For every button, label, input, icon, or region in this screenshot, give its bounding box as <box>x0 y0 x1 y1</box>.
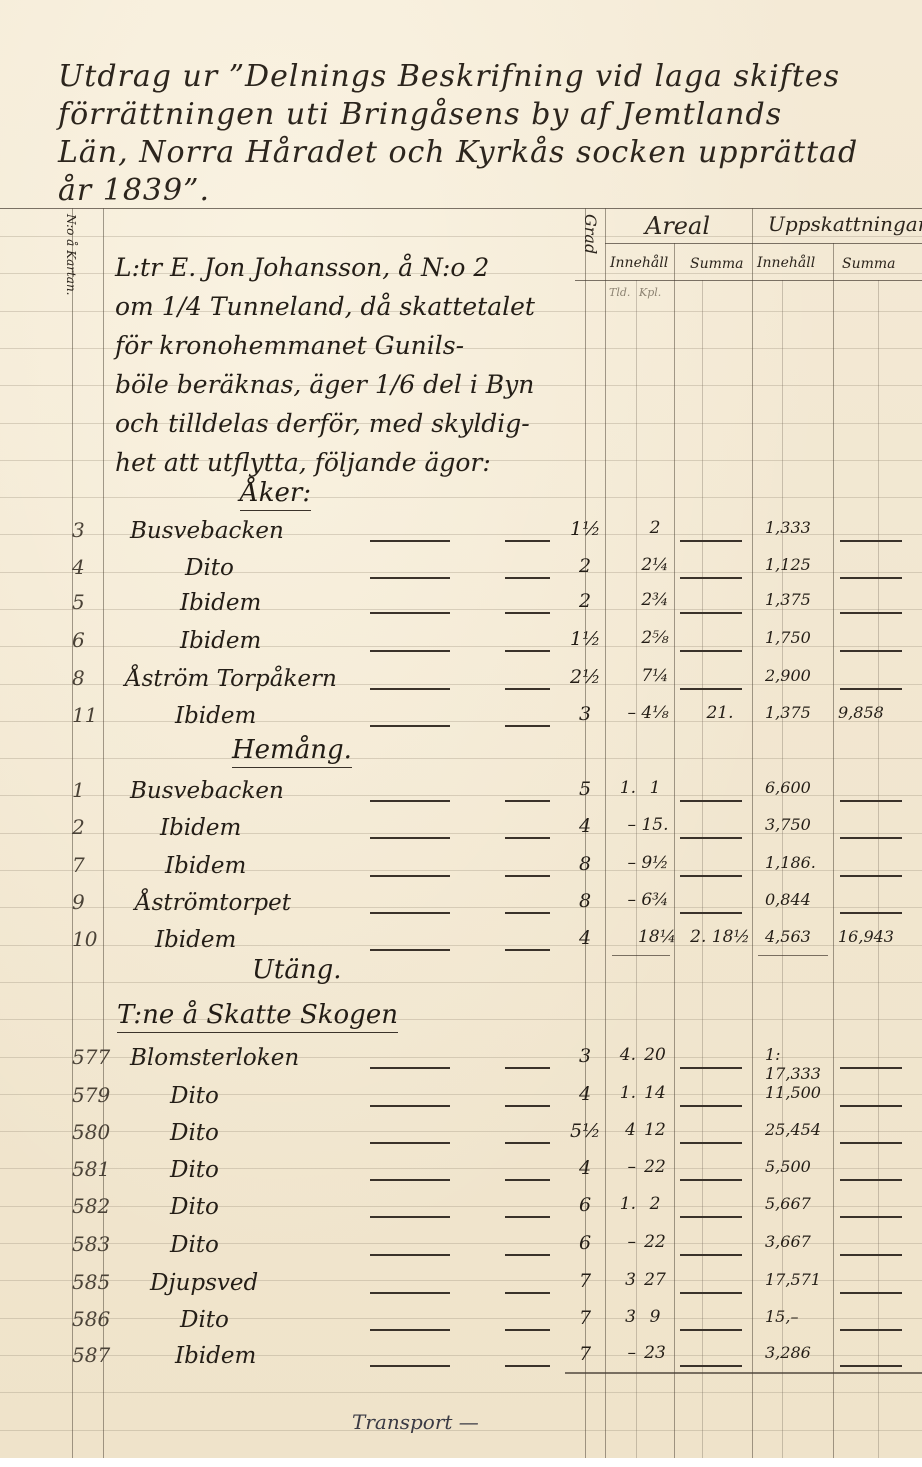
row-map-number: 586 <box>72 1307 112 1331</box>
row-grade: 4 <box>570 1083 600 1105</box>
row-areal-kappland: 2 <box>638 518 672 538</box>
row-uppskattning-innehall: 3,750 <box>765 815 835 834</box>
transport-footer: Transport — <box>352 1410 479 1434</box>
row-parcel-name: Ibidem <box>180 590 261 616</box>
filler-dash <box>370 875 450 877</box>
row-uppskattning-innehall: 1: 17,333 <box>765 1045 835 1083</box>
header-td: Tld. <box>609 286 630 299</box>
row-parcel-name: Djupsved <box>150 1270 258 1296</box>
filler-dash <box>370 949 450 951</box>
row-map-number: 8 <box>72 666 112 690</box>
empty-cell-dash <box>840 1179 902 1181</box>
subtotal-rule <box>612 955 670 956</box>
row-map-number: 579 <box>72 1083 112 1107</box>
empty-cell-dash <box>680 1142 742 1144</box>
row-parcel-name: Busvebacken <box>130 518 284 544</box>
row-parcel-name: Dito <box>170 1120 219 1146</box>
filler-dash <box>505 725 550 727</box>
row-parcel-name: Dito <box>170 1232 219 1258</box>
ruled-line <box>0 982 922 983</box>
row-parcel-name: Busvebacken <box>130 778 284 804</box>
empty-cell-dash <box>680 688 742 690</box>
filler-dash <box>370 912 450 914</box>
title-line: Utdrag ur ”Delnings Beskrifning vid laga… <box>58 58 918 96</box>
row-grade: 4 <box>570 1157 600 1179</box>
header-areal-summa: Summa <box>690 256 744 272</box>
filler-dash <box>370 1329 450 1331</box>
row-parcel-name: Dito <box>170 1083 219 1109</box>
header-map-number: N:o å Kartan. <box>64 214 78 296</box>
row-grade: 8 <box>570 890 600 912</box>
row-map-number: 587 <box>72 1343 112 1367</box>
filler-dash <box>370 1179 450 1181</box>
header-upp-innehall: Innehåll <box>757 255 815 271</box>
row-areal-tunnland: 3 <box>612 1270 636 1290</box>
ruled-line <box>0 236 922 237</box>
header-upp-summa: Summa <box>842 256 896 272</box>
table-row: 11Ibidem3–4⅛21.1,3759,858 <box>0 703 922 737</box>
empty-cell-dash <box>840 800 902 802</box>
intro-line: L:tr E. Jon Johansson, å N:o 2 <box>115 248 575 287</box>
row-uppskattning-innehall: 3,667 <box>765 1232 835 1251</box>
filler-dash <box>370 1365 450 1367</box>
row-areal-kappland: 7¼ <box>638 666 672 686</box>
table-row: 586Dito73915,– <box>0 1307 922 1341</box>
row-uppskattning-summa: 16,943 <box>838 927 922 946</box>
row-grade: 3 <box>570 1045 600 1067</box>
empty-cell-dash <box>840 837 902 839</box>
row-uppskattning-innehall: 25,454 <box>765 1120 835 1139</box>
empty-cell-dash <box>680 540 742 542</box>
row-areal-tunnland: 4 <box>612 1120 636 1140</box>
filler-dash <box>505 540 550 542</box>
empty-cell-dash <box>840 540 902 542</box>
row-uppskattning-innehall: 1,125 <box>765 555 835 574</box>
row-map-number: 10 <box>72 927 112 951</box>
row-map-number: 3 <box>72 518 112 542</box>
empty-cell-dash <box>680 1216 742 1218</box>
row-uppskattning-innehall: 15,– <box>765 1307 835 1326</box>
row-parcel-name: Dito <box>180 1307 229 1333</box>
empty-cell-dash <box>840 1216 902 1218</box>
empty-cell-dash <box>680 1365 742 1367</box>
title-line: år 1839”. <box>58 172 918 210</box>
intro-line: böle beräknas, äger 1/6 del i Byn <box>115 365 575 404</box>
filler-dash <box>370 1254 450 1256</box>
row-areal-tunnland: 1. <box>612 1194 636 1214</box>
table-row: 577Blomsterloken34.201: 17,333 <box>0 1045 922 1079</box>
row-grade: 7 <box>570 1343 600 1365</box>
row-map-number: 582 <box>72 1194 112 1218</box>
empty-cell-dash <box>840 1292 902 1294</box>
row-parcel-name: Ibidem <box>155 927 236 953</box>
row-grade: 6 <box>570 1194 600 1216</box>
filler-dash <box>505 1067 550 1069</box>
empty-cell-dash <box>840 1365 902 1367</box>
filler-dash <box>505 1365 550 1367</box>
row-uppskattning-innehall: 1,375 <box>765 590 835 609</box>
row-grade: 5 <box>570 778 600 800</box>
row-uppskattning-innehall: 11,500 <box>765 1083 835 1102</box>
row-map-number: 585 <box>72 1270 112 1294</box>
header-areal-innehall: Innehåll <box>610 255 668 271</box>
filler-dash <box>370 1292 450 1294</box>
row-grade: 5½ <box>570 1120 600 1142</box>
row-map-number: 1 <box>72 778 112 802</box>
row-areal-kappland: 4⅛ <box>638 703 672 723</box>
filler-dash <box>370 1142 450 1144</box>
row-areal-tunnland: – <box>612 1232 636 1252</box>
header-grade: Grad <box>581 214 600 254</box>
empty-cell-dash <box>840 1105 902 1107</box>
row-parcel-name: Åström Torpåkern <box>125 666 337 692</box>
page-edge <box>0 1458 922 1467</box>
row-map-number: 11 <box>72 703 112 727</box>
row-map-number: 583 <box>72 1232 112 1256</box>
filler-dash <box>370 1067 450 1069</box>
row-parcel-name: Ibidem <box>180 628 261 654</box>
row-areal-tunnland: 3 <box>612 1307 636 1327</box>
row-areal-tunnland: – <box>612 853 636 873</box>
row-grade: 2 <box>570 555 600 577</box>
row-grade: 6 <box>570 1232 600 1254</box>
table-row: 579Dito41.1411,500 <box>0 1083 922 1117</box>
empty-cell-dash <box>680 1329 742 1331</box>
row-uppskattning-summa: 9,858 <box>838 703 922 722</box>
document-title: Utdrag ur ”Delnings Beskrifning vid laga… <box>58 58 918 210</box>
row-areal-summa: 2. 18½ <box>680 927 760 947</box>
row-uppskattning-innehall: 5,500 <box>765 1157 835 1176</box>
row-areal-kappland: 2⅝ <box>638 628 672 648</box>
table-row: 2Ibidem4–15.3,750 <box>0 815 922 849</box>
row-areal-kappland: 23 <box>638 1343 672 1363</box>
table-row: 585Djupsved732717,571 <box>0 1270 922 1304</box>
row-grade: 8 <box>570 853 600 875</box>
empty-cell-dash <box>840 1329 902 1331</box>
row-areal-kappland: 22 <box>638 1232 672 1252</box>
filler-dash <box>370 1216 450 1218</box>
row-map-number: 6 <box>72 628 112 652</box>
row-parcel-name: Ibidem <box>160 815 241 841</box>
empty-cell-dash <box>680 650 742 652</box>
empty-cell-dash <box>840 912 902 914</box>
table-row: 583Dito6–223,667 <box>0 1232 922 1266</box>
filler-dash <box>370 837 450 839</box>
intro-line: och tilldelas derför, med skyldig- <box>115 404 575 443</box>
row-parcel-name: Dito <box>170 1157 219 1183</box>
row-parcel-name: Ibidem <box>165 853 246 879</box>
header-areal: Areal <box>645 212 710 240</box>
row-areal-kappland: 22 <box>638 1157 672 1177</box>
table-row: 581Dito4–225,500 <box>0 1157 922 1191</box>
header-kpl: Kpl. <box>639 286 661 299</box>
section-subheading-skatteskogen: T:ne å Skatte Skogen <box>117 1000 398 1033</box>
row-uppskattning-innehall: 3,286 <box>765 1343 835 1362</box>
row-parcel-name: Dito <box>185 555 234 581</box>
filler-dash <box>505 577 550 579</box>
filler-dash <box>505 1105 550 1107</box>
row-areal-kappland: 1 <box>638 778 672 798</box>
row-uppskattning-innehall: 1,333 <box>765 518 835 537</box>
empty-cell-dash <box>680 1254 742 1256</box>
table-row: 7Ibidem8–9½1,186. <box>0 853 922 887</box>
row-map-number: 581 <box>72 1157 112 1181</box>
empty-cell-dash <box>840 650 902 652</box>
table-row: 6Ibidem1½2⅝1,750 <box>0 628 922 662</box>
row-grade: 4 <box>570 815 600 837</box>
row-parcel-name: Dito <box>170 1194 219 1220</box>
owner-description: L:tr E. Jon Johansson, å N:o 2 om 1/4 Tu… <box>115 248 575 482</box>
empty-cell-dash <box>680 1292 742 1294</box>
row-areal-kappland: 18¼ <box>638 927 672 947</box>
row-uppskattning-innehall: 2,900 <box>765 666 835 685</box>
row-uppskattning-innehall: 0,844 <box>765 890 835 909</box>
row-areal-kappland: 9½ <box>638 853 672 873</box>
filler-dash <box>370 612 450 614</box>
header-divider <box>605 243 922 244</box>
filler-dash <box>370 577 450 579</box>
empty-cell-dash <box>680 1179 742 1181</box>
row-map-number: 7 <box>72 853 112 877</box>
row-areal-tunnland: 4. <box>612 1045 636 1065</box>
filler-dash <box>505 1329 550 1331</box>
row-areal-kappland: 6¾ <box>638 890 672 910</box>
empty-cell-dash <box>680 912 742 914</box>
intro-line: om 1/4 Tunneland, då skattetalet <box>115 287 575 326</box>
header-uppskattning: Uppskattningar <box>768 212 922 236</box>
row-grade: 2 <box>570 590 600 612</box>
table-row: 1Busvebacken51.16,600 <box>0 778 922 812</box>
row-areal-kappland: 9 <box>638 1307 672 1327</box>
row-uppskattning-innehall: 4,563 <box>765 927 835 946</box>
filler-dash <box>505 650 550 652</box>
filler-dash <box>505 800 550 802</box>
row-areal-kappland: 2¾ <box>638 590 672 610</box>
filler-dash <box>370 800 450 802</box>
subtotal-rule <box>758 955 828 956</box>
filler-dash <box>505 612 550 614</box>
row-uppskattning-innehall: 1,375 <box>765 703 835 722</box>
row-grade: 2½ <box>570 666 600 688</box>
empty-cell-dash <box>840 1067 902 1069</box>
filler-dash <box>370 1105 450 1107</box>
empty-cell-dash <box>840 875 902 877</box>
filler-dash <box>370 725 450 727</box>
row-grade: 7 <box>570 1270 600 1292</box>
row-parcel-name: Ibidem <box>175 703 256 729</box>
row-parcel-name: Åströmtorpet <box>135 890 291 916</box>
filler-dash <box>505 1216 550 1218</box>
filler-dash <box>370 650 450 652</box>
empty-cell-dash <box>680 612 742 614</box>
table-row: 5Ibidem22¾1,375 <box>0 590 922 624</box>
empty-cell-dash <box>680 1067 742 1069</box>
table-row: 580Dito5½41225,454 <box>0 1120 922 1154</box>
empty-cell-dash <box>840 577 902 579</box>
row-grade: 1½ <box>570 518 600 540</box>
filler-dash <box>505 949 550 951</box>
row-map-number: 577 <box>72 1045 112 1069</box>
filler-dash <box>505 875 550 877</box>
ruled-line <box>0 497 922 498</box>
row-areal-kappland: 14 <box>638 1083 672 1103</box>
header-divider <box>575 280 922 281</box>
filler-dash <box>505 1142 550 1144</box>
row-parcel-name: Blomsterloken <box>130 1045 299 1071</box>
filler-dash <box>370 540 450 542</box>
row-map-number: 4 <box>72 555 112 579</box>
empty-cell-dash <box>840 1254 902 1256</box>
row-areal-kappland: 27 <box>638 1270 672 1290</box>
row-areal-kappland: 12 <box>638 1120 672 1140</box>
row-map-number: 580 <box>72 1120 112 1144</box>
row-areal-tunnland: – <box>612 1157 636 1177</box>
page-total-rule <box>565 1372 922 1374</box>
table-row: 582Dito61.25,667 <box>0 1194 922 1228</box>
row-uppskattning-innehall: 6,600 <box>765 778 835 797</box>
table-row: 9Åströmtorpet8–6¾0,844 <box>0 890 922 924</box>
section-heading-aker: Åker: <box>240 478 311 511</box>
row-grade: 7 <box>570 1307 600 1329</box>
filler-dash <box>505 912 550 914</box>
filler-dash <box>505 1254 550 1256</box>
row-areal-tunnland: 1. <box>612 1083 636 1103</box>
empty-cell-dash <box>680 800 742 802</box>
row-uppskattning-innehall: 1,186. <box>765 853 835 872</box>
intro-line: het att utflytta, följande ägor: <box>115 443 575 482</box>
empty-cell-dash <box>840 612 902 614</box>
filler-dash <box>505 688 550 690</box>
row-areal-tunnland: – <box>612 1343 636 1363</box>
table-top-border <box>0 208 922 209</box>
row-areal-tunnland: 1. <box>612 778 636 798</box>
section-heading-hemang: Hemång. <box>232 735 352 768</box>
ruled-line <box>0 758 922 759</box>
empty-cell-dash <box>680 875 742 877</box>
title-line: förrättningen uti Bringåsens by af Jemtl… <box>58 96 918 134</box>
row-areal-tunnland: – <box>612 890 636 910</box>
row-areal-summa: 21. <box>680 703 760 723</box>
empty-cell-dash <box>680 1105 742 1107</box>
row-areal-tunnland: – <box>612 703 636 723</box>
filler-dash <box>505 1179 550 1181</box>
empty-cell-dash <box>680 837 742 839</box>
row-areal-kappland: 2¼ <box>638 555 672 575</box>
empty-cell-dash <box>840 1142 902 1144</box>
table-row: 3Busvebacken1½21,333 <box>0 518 922 552</box>
row-uppskattning-innehall: 17,571 <box>765 1270 835 1289</box>
row-map-number: 2 <box>72 815 112 839</box>
row-map-number: 9 <box>72 890 112 914</box>
filler-dash <box>505 1292 550 1294</box>
empty-cell-dash <box>840 688 902 690</box>
table-row: 8Åström Torpåkern2½7¼2,900 <box>0 666 922 700</box>
row-grade: 3 <box>570 703 600 725</box>
row-uppskattning-innehall: 1,750 <box>765 628 835 647</box>
filler-dash <box>370 688 450 690</box>
row-areal-kappland: 15. <box>638 815 672 835</box>
intro-line: för kronohemmanet Gunils- <box>115 326 575 365</box>
row-areal-kappland: 2 <box>638 1194 672 1214</box>
row-uppskattning-innehall: 5,667 <box>765 1194 835 1213</box>
title-line: Län, Norra Håradet och Kyrkås socken upp… <box>58 134 918 172</box>
row-map-number: 5 <box>72 590 112 614</box>
row-areal-kappland: 20 <box>638 1045 672 1065</box>
row-grade: 4 <box>570 927 600 949</box>
ruled-line <box>0 1392 922 1393</box>
document-page: Utdrag ur ”Delnings Beskrifning vid laga… <box>0 0 922 1460</box>
table-row: 4Dito22¼1,125 <box>0 555 922 589</box>
row-parcel-name: Ibidem <box>175 1343 256 1369</box>
row-grade: 1½ <box>570 628 600 650</box>
row-areal-tunnland: – <box>612 815 636 835</box>
empty-cell-dash <box>680 577 742 579</box>
filler-dash <box>505 837 550 839</box>
